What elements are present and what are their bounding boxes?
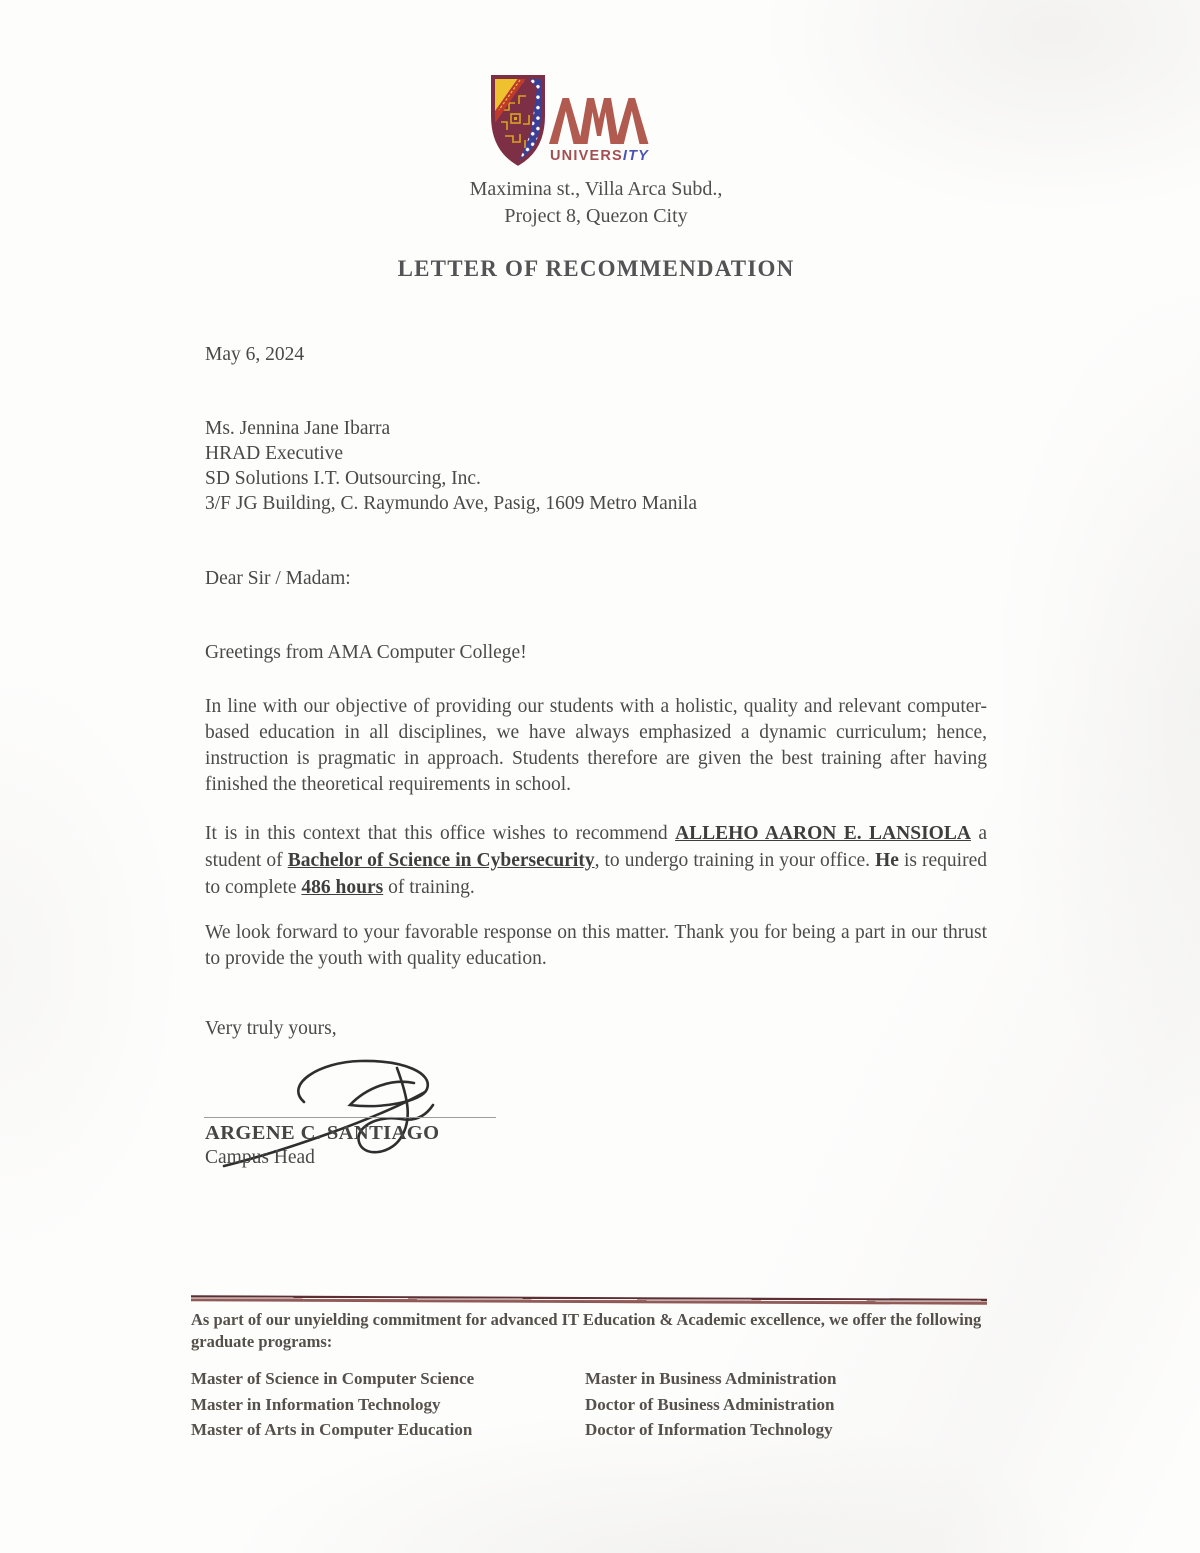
signer-name: ARGENE C. SANTIAGO bbox=[205, 1122, 987, 1145]
ama-logo-graphic: UNIVERSITY bbox=[489, 74, 659, 170]
footer-divider bbox=[191, 1295, 987, 1304]
paragraph-objective: In line with our objective of providing … bbox=[205, 694, 987, 798]
program-item: Master in Business Administration bbox=[585, 1366, 836, 1392]
program-item: Doctor of Business Administration bbox=[585, 1392, 836, 1418]
letter-title: LETTER OF RECOMMENDATION bbox=[205, 256, 987, 282]
student-name: ALLEHO AARON E. LANSIOLA bbox=[675, 823, 971, 844]
para2-text-5: of training. bbox=[383, 877, 475, 898]
program-item: Doctor of Information Technology bbox=[585, 1417, 836, 1443]
recipient-block: Ms. Jennina Jane Ibarra HRAD Executive S… bbox=[205, 416, 987, 516]
para2-text-1: It is in this context that this office w… bbox=[205, 823, 675, 844]
address-line-2: Project 8, Quezon City bbox=[205, 203, 987, 230]
complimentary-close: Very truly yours, bbox=[205, 1018, 987, 1040]
recipient-name: Ms. Jennina Jane Ibarra bbox=[205, 416, 987, 441]
greeting-line: Greetings from AMA Computer College! bbox=[205, 642, 987, 664]
para2-text-3: , to undergo training in your office. bbox=[595, 850, 876, 871]
footer-note: As part of our unyielding commitment for… bbox=[191, 1309, 987, 1353]
recipient-company: SD Solutions I.T. Outsourcing, Inc. bbox=[205, 466, 987, 491]
pronoun-he: He bbox=[875, 850, 899, 871]
university-address: Maximina st., Villa Arca Subd., Project … bbox=[205, 176, 987, 230]
paragraph-recommendation: It is in this context that this office w… bbox=[205, 820, 987, 901]
signature-line bbox=[204, 1117, 496, 1118]
ama-university-logo: UNIVERSITY bbox=[489, 74, 659, 175]
university-wordmark: UNIVERSITY bbox=[550, 148, 649, 164]
ama-wordmark bbox=[549, 98, 649, 144]
graduate-programs-left: Master of Science in Computer Science Ma… bbox=[191, 1366, 474, 1443]
degree-program: Bachelor of Science in Cybersecurity bbox=[288, 850, 595, 871]
scanned-letter-page: UNIVERSITY Maximina st., Villa Arca Subd… bbox=[0, 0, 1200, 1553]
paragraph-closing: We look forward to your favorable respon… bbox=[205, 920, 987, 972]
program-item: Master of Science in Computer Science bbox=[191, 1366, 474, 1392]
signer-title: Campus Head bbox=[205, 1147, 987, 1169]
shield-icon bbox=[489, 74, 547, 166]
salutation: Dear Sir / Madam: bbox=[205, 568, 987, 590]
program-item: Master of Arts in Computer Education bbox=[191, 1417, 474, 1443]
program-item: Master in Information Technology bbox=[191, 1392, 474, 1418]
address-line-1: Maximina st., Villa Arca Subd., bbox=[205, 176, 987, 203]
recipient-address: 3/F JG Building, C. Raymundo Ave, Pasig,… bbox=[205, 491, 987, 516]
letter-date: May 6, 2024 bbox=[205, 344, 987, 366]
required-hours: 486 hours bbox=[301, 877, 383, 898]
graduate-programs-right: Master in Business Administration Doctor… bbox=[585, 1366, 836, 1443]
recipient-role: HRAD Executive bbox=[205, 441, 987, 466]
